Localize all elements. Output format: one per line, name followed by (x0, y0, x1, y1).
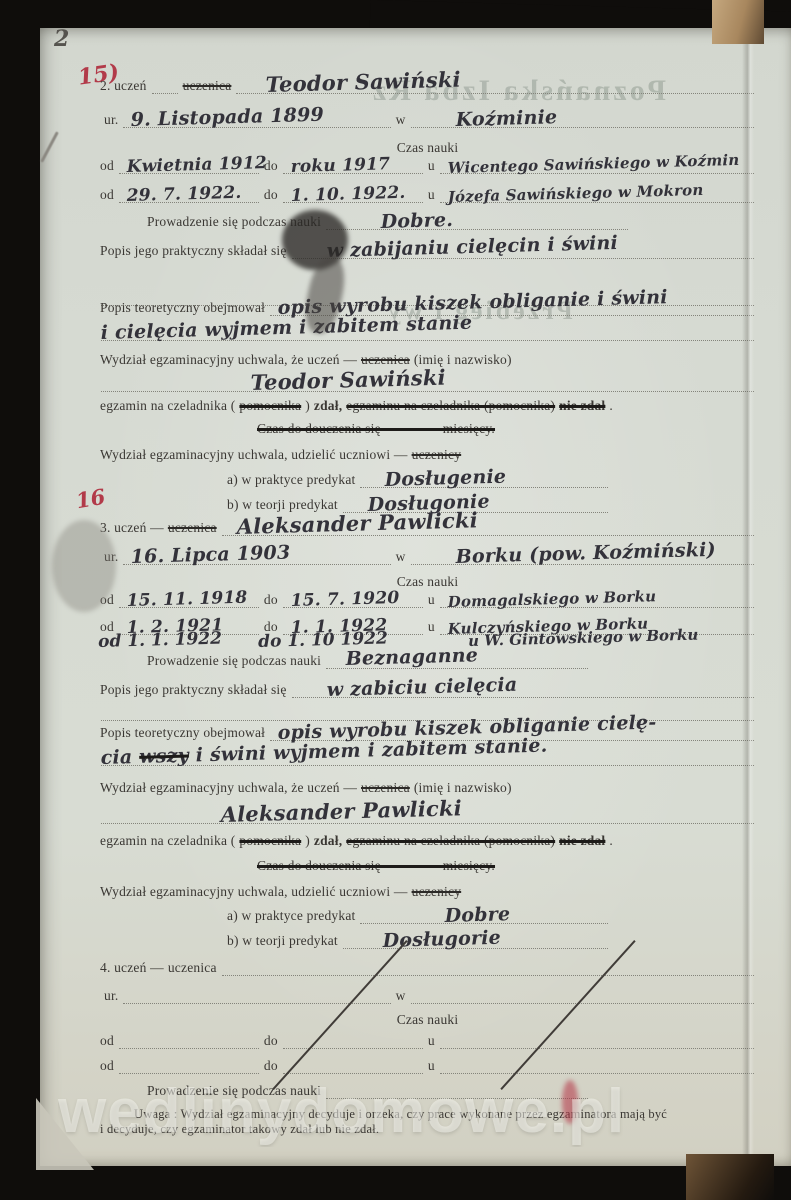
pencil-page-number: 2 (54, 26, 69, 52)
entry2-predicate-theory: b) w teorji predykat Dosługonie (225, 497, 611, 513)
entry2-header: 2. uczeń uczenica Teodor Sawiński (98, 78, 757, 94)
entry4-period-2: od do u (98, 1058, 757, 1074)
pencil-tick (40, 131, 59, 162)
entry2-birth-date-hw: 9. Listopada 1899 (131, 104, 325, 131)
entry2-exam-result: egzamin na czeladnika (pomocnika) zdał, … (98, 398, 757, 414)
w-label: w (394, 112, 408, 128)
entry2-predicate-practice: a) w praktyce predykat Dosługenie (225, 472, 611, 488)
entry2-grant-line: Wydział egzaminacyjny uchwala, udzielić … (98, 447, 757, 463)
entry2-czas-nauki: Czas nauki (98, 140, 757, 156)
entry3-theory-2: cia wszy i świni wyjmem i zabitem stanie… (98, 750, 757, 766)
entry3-grant-line: Wydział egzaminacyjny uchwala, udzielić … (98, 884, 757, 900)
entry2-board-line: Wydział egzaminacyjny uchwala, że uczeń … (98, 352, 757, 368)
watermark: wedlinydomowe.pl (58, 1076, 791, 1147)
entry3-czas-nauki: Czas nauki (98, 574, 757, 590)
document-page: Poznańska Izba Rz Przebieg i wy 2 15) 16… (40, 28, 791, 1166)
entry3-blank-line (98, 705, 757, 721)
entry2-practical: Popis jego praktyczny składał się w zabi… (98, 243, 757, 259)
entry2-name-hw: Teodor Sawiński (266, 67, 462, 97)
scan-tab-artifact (712, 0, 764, 44)
entry2-birth: ur. 9. Listopada 1899 w Koźminie (102, 112, 757, 128)
entry2-theory-1: Popis teoretyczny obejmował opis wyrobu … (98, 300, 757, 316)
entry2-number-label: 2. uczeń (98, 78, 149, 94)
entry4-number-label: 4. uczeń — (98, 960, 166, 976)
scan-corner-artifact (686, 1154, 774, 1200)
entry4-header: 4. uczeń — uczenica (98, 960, 757, 976)
entry3-conduct: Prowadzenie się podczas nauki Beznaganne (145, 653, 591, 669)
entry2-conduct: Prowadzenie się podczas nauki Dobre. (145, 214, 631, 230)
entry4-birth: ur. w (102, 988, 757, 1004)
entry4-czas-nauki: Czas nauki (98, 1012, 757, 1028)
entry3-practical: Popis jego praktyczny składał się w zabi… (98, 682, 757, 698)
entry3-board-line: Wydział egzaminacyjny uchwala, że uczeń … (98, 780, 757, 796)
entry3-board-name: Aleksander Pawlicki (98, 808, 757, 824)
entry2-period-2: od 29. 7. 1922. do 1. 10. 1922. u Józefa… (98, 187, 757, 203)
entry3-exam-result: egzamin na czeladnika (pomocnika) zdał, … (98, 833, 757, 849)
entry2-theory-2: i cielęcia wyjmem i zabitem stanie (98, 325, 757, 341)
entry4-period-1: od do u (98, 1033, 757, 1049)
entry3-header: 3. uczeń — uczenica Aleksander Pawlicki (98, 520, 757, 536)
entry3-period-1: od 15. 11. 1918 do 15. 7. 1920 u Domagal… (98, 592, 757, 608)
entry2-board-name: Teodor Sawiński (98, 376, 757, 392)
entry2-birth-place-hw: Koźminie (455, 106, 557, 131)
margin-number-16: 16 (74, 484, 107, 514)
entry3-predicate-theory: b) w teorji predykat Dosługorie (225, 933, 611, 949)
page-corner-fold (36, 1098, 94, 1170)
entry2-period-1: od Kwietnia 1912 do roku 1917 u Wicenteg… (98, 158, 757, 174)
entry3-douczenie-struck: Czas do douczenia się ———— miesięcy. (255, 858, 497, 874)
entry3-number-label: 3. uczeń — (98, 520, 166, 536)
scan-border-left (0, 0, 40, 1200)
entry2-douczenie-struck: Czas do douczenia się ———— miesięcy. (255, 421, 497, 437)
ur-label: ur. (102, 112, 120, 128)
scan-border-bottom (0, 1166, 791, 1200)
entry2-uczenica-struck: uczenica (181, 78, 234, 94)
scanned-document: Poznańska Izba Rz Przebieg i wy 2 15) 16… (0, 0, 791, 1200)
gray-smudge (52, 520, 116, 612)
entry3-birth: ur. 16. Lipca 1903 w Borku (pow. Koźmińs… (102, 549, 757, 565)
entry3-theory-1: Popis teoretyczny obejmował opis wyrobu … (98, 725, 757, 741)
entry3-predicate-practice: a) w praktyce predykat Dobre (225, 908, 611, 924)
entry3-period-2: od 1. 2. 1921 do 1. 1. 1922 u Kulczyński… (98, 619, 757, 635)
